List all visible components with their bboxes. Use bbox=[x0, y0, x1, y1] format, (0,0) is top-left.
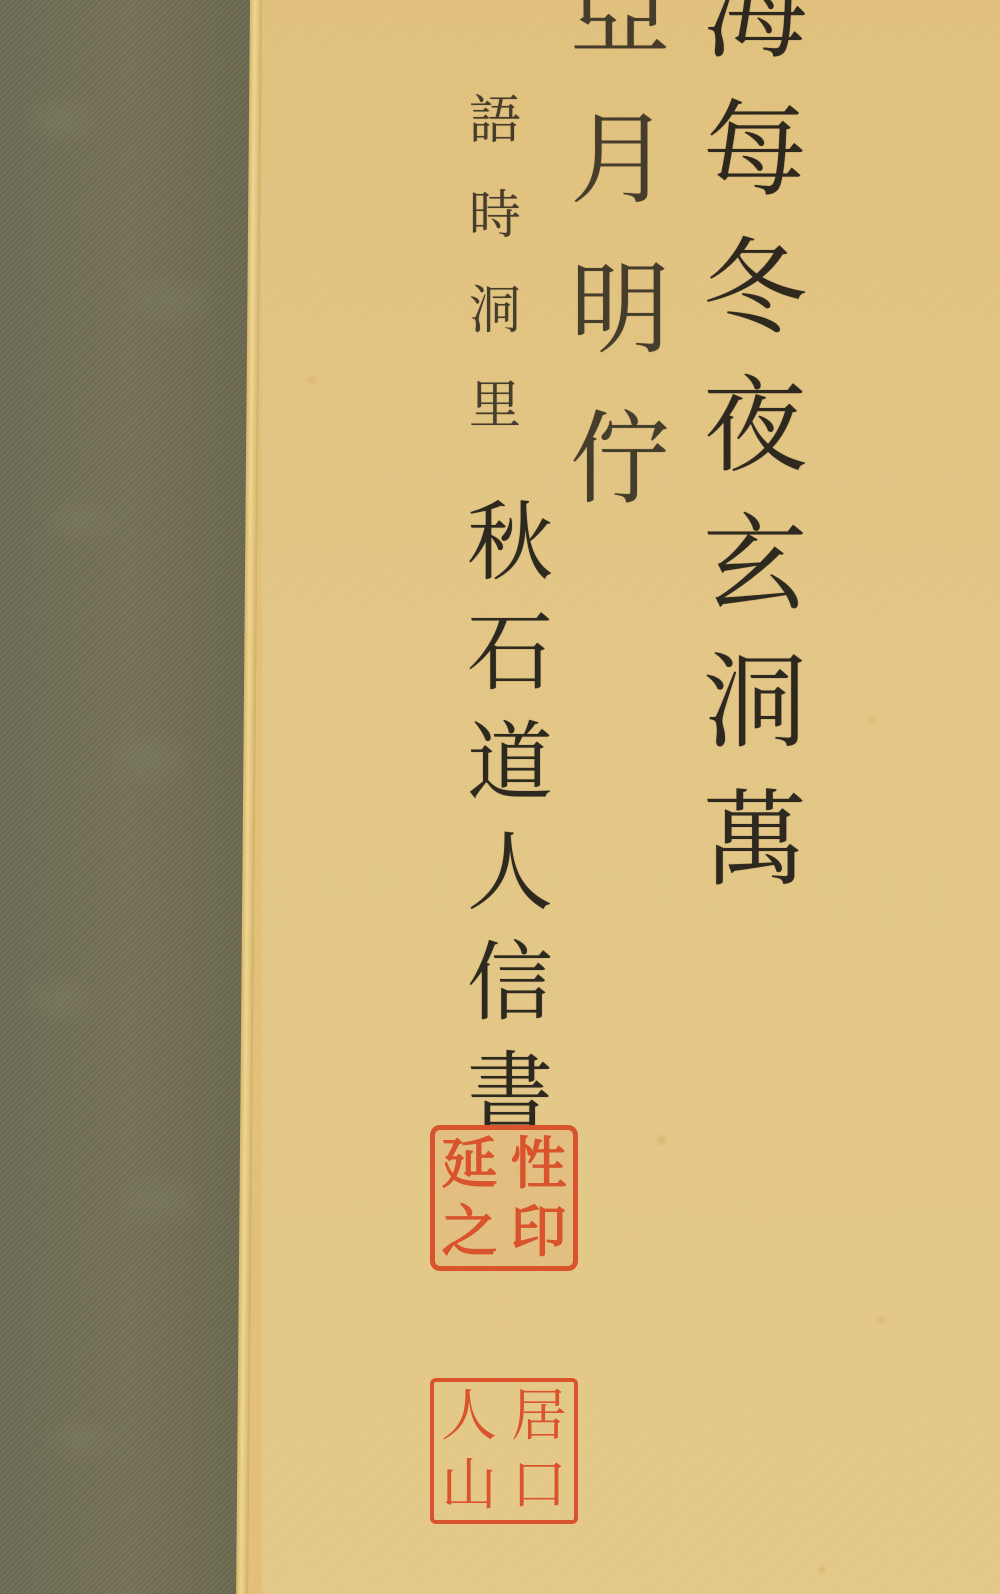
calligraphy-char: 玄 bbox=[703, 512, 807, 650]
calligraphy-char: 冬 bbox=[703, 236, 807, 374]
calligraphy-char: 洞 bbox=[469, 285, 521, 380]
seal-char: 延 bbox=[435, 1130, 504, 1198]
calligraphy-char: 洞 bbox=[703, 650, 807, 788]
calligraphy-column-main-2: 亞 月 明 佇 bbox=[560, 0, 680, 560]
calligraphy-char: 亞 bbox=[570, 0, 670, 110]
signature-char: 信 bbox=[467, 940, 553, 1050]
calligraphy-column-signature: 秋 石 道 人 信 書 bbox=[445, 500, 575, 1160]
calligraphy-char: 萬 bbox=[703, 788, 807, 926]
seal-char: 人 bbox=[434, 1382, 504, 1451]
seal-char: 居 bbox=[504, 1382, 574, 1451]
calligraphy-char: 月 bbox=[570, 110, 670, 260]
calligraphy-char: 語 bbox=[469, 95, 521, 190]
seal-char: 之 bbox=[435, 1198, 504, 1266]
calligraphy-char: 明 bbox=[570, 260, 670, 410]
calligraphy-char: 時 bbox=[469, 190, 521, 285]
seal-char: 口 bbox=[504, 1451, 574, 1520]
calligraphy-char: 佇 bbox=[570, 410, 670, 560]
silk-mounting-border bbox=[0, 0, 262, 1594]
calligraphy-column-small-inscription: 語 時 洞 里 bbox=[460, 95, 530, 475]
calligraphy-char: 夜 bbox=[703, 374, 807, 512]
seal-char: 印 bbox=[504, 1198, 573, 1266]
red-seal-lower: 人 居 山 口 bbox=[430, 1378, 578, 1524]
seal-char: 性 bbox=[504, 1130, 573, 1198]
calligraphy-char: 海 bbox=[703, 0, 807, 98]
calligraphy-column-main-1: 海 每 冬 夜 玄 洞 萬 bbox=[690, 0, 820, 926]
red-seal-upper: 延 性 之 印 bbox=[430, 1125, 578, 1271]
signature-char: 石 bbox=[467, 610, 553, 720]
signature-char: 道 bbox=[467, 720, 553, 830]
calligraphy-char: 里 bbox=[469, 380, 521, 475]
seal-char: 山 bbox=[434, 1451, 504, 1520]
signature-char: 人 bbox=[467, 830, 553, 940]
calligraphy-char: 每 bbox=[703, 98, 807, 236]
signature-char: 秋 bbox=[467, 500, 553, 610]
